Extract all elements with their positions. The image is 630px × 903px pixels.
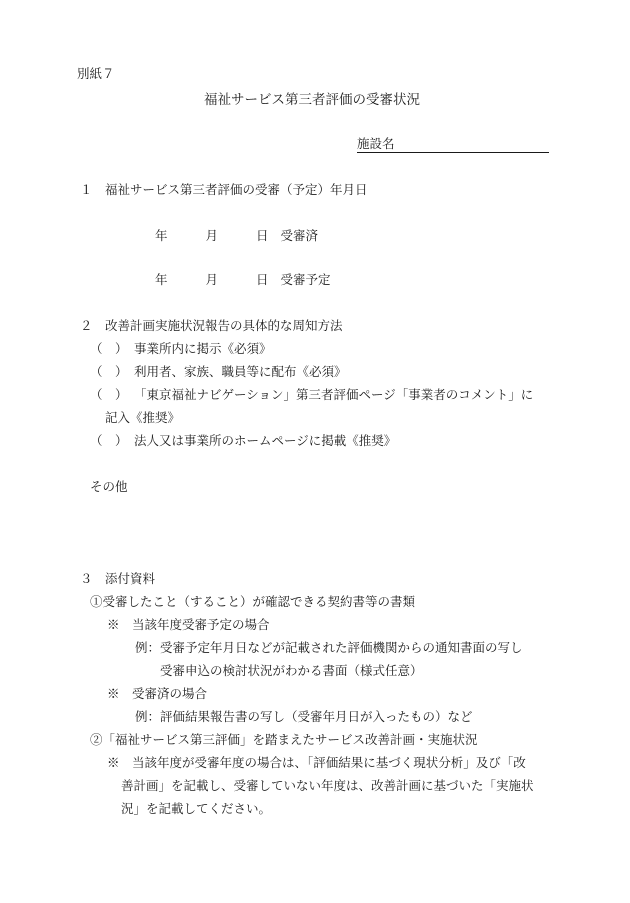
method-item: （ ）「東京福祉ナビゲーション」第三者評価ページ「事業者のコメント」に — [90, 387, 533, 403]
day-label: 日 — [256, 228, 269, 244]
method-checkbox[interactable]: （ ） — [90, 387, 134, 403]
example-planned-1: 例：受審予定年月日などが記載された評価機関からの通知書面の写し — [135, 640, 523, 656]
facility-name-label: 施設名 — [357, 136, 395, 153]
month-label: 月 — [206, 272, 219, 288]
status-label: 受審予定 — [281, 272, 331, 288]
method-item: （ ）法人又は事業所のホームページに掲載《推奨》 — [90, 433, 396, 449]
method-checkbox[interactable]: （ ） — [90, 364, 134, 380]
method-item: （ ）利用者、家族、職員等に配布《必須》 — [90, 364, 347, 380]
example-planned-2: 受審申込の検討状況がわかる書面（様式任意） — [160, 663, 423, 679]
item2-note-line1: ※ 当該年度が受審年度の場合は、「評価結果に基づく現状分析」及び「改 — [107, 755, 526, 771]
method-text-continued: 記入《推奨》 — [105, 410, 180, 426]
item2-note-line2: 善計画」を記載し、受審していない年度は、改善計画に基づいた「実施状 — [121, 778, 534, 794]
section1-heading: １ 福祉サービス第三者評価の受審（予定）年月日 — [80, 182, 368, 198]
facility-name-blank[interactable] — [395, 138, 549, 153]
note-completed: ※ 受審済の場合 — [107, 686, 207, 702]
other-label: その他 — [90, 479, 128, 495]
document-title: 福祉サービス第三者評価の受審状況 — [204, 92, 420, 108]
date-row-planned: 年月日受審予定 — [155, 272, 331, 288]
year-label: 年 — [155, 228, 168, 244]
status-label: 受審済 — [281, 228, 319, 244]
date-row-completed: 年月日受審済 — [155, 228, 318, 244]
method-text: 法人又は事業所のホームページに掲載《推奨》 — [134, 433, 396, 448]
attachment-item-1-title: ①受審したこと（すること）が確認できる契約書等の書類 — [90, 594, 415, 610]
method-checkbox[interactable]: （ ） — [90, 433, 134, 449]
method-text: 事業所内に掲示《必須》 — [134, 341, 272, 356]
method-text: 利用者、家族、職員等に配布《必須》 — [134, 364, 347, 379]
example-completed: 例：評価結果報告書の写し（受審年月日が入ったもの）など — [135, 709, 473, 725]
section3-heading: ３ 添付資料 — [80, 571, 155, 587]
attachment-label: 別紙７ — [77, 66, 115, 82]
method-checkbox[interactable]: （ ） — [90, 341, 134, 357]
year-label: 年 — [155, 272, 168, 288]
facility-name-field[interactable]: 施設名 — [357, 136, 549, 153]
item2-note-line3: 況」を記載してください。 — [121, 801, 271, 817]
attachment-item-2-title: ②「福祉サービス第三評価」を踏まえたサービス改善計画・実施状況 — [90, 732, 478, 748]
day-label: 日 — [256, 272, 269, 288]
method-item: （ ）事業所内に掲示《必須》 — [90, 341, 272, 357]
month-label: 月 — [206, 228, 219, 244]
note-planned: ※ 当該年度受審予定の場合 — [107, 617, 270, 633]
method-text: 「東京福祉ナビゲーション」第三者評価ページ「事業者のコメント」に — [134, 387, 533, 402]
section2-heading: ２ 改善計画実施状況報告の具体的な周知方法 — [80, 318, 343, 334]
